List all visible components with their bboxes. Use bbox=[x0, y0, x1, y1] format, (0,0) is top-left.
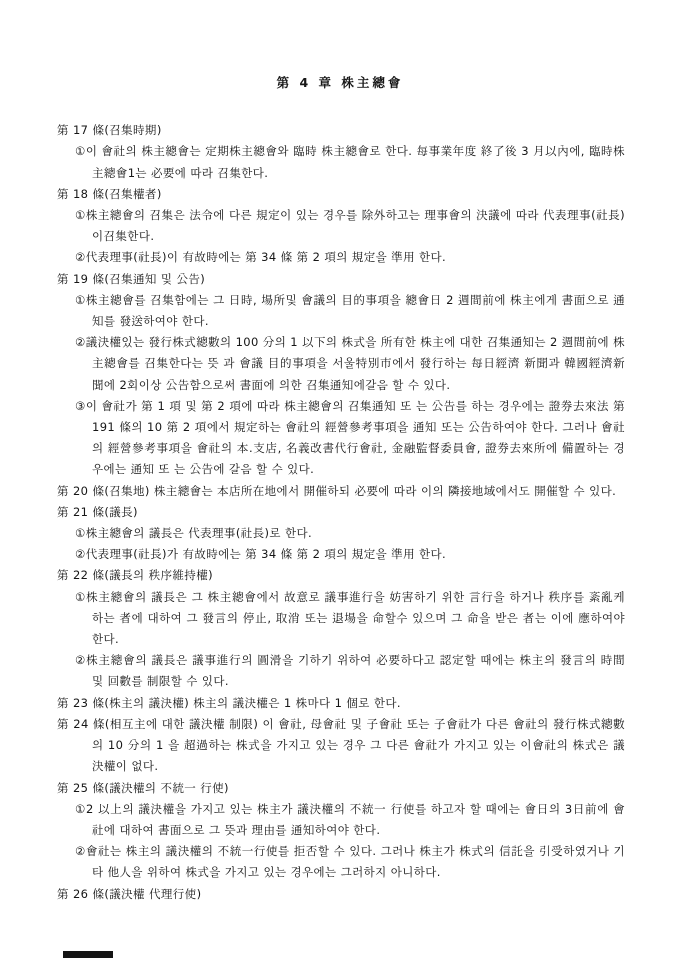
document-page: 第 4 章 株主總會 第 17 條(召集時期)①이 會社의 株主總會는 定期株主… bbox=[0, 0, 680, 962]
article-paragraph: ②代表理事(社長)이 有故時에는 第 34 條 第 2 項의 規定을 準用 한다… bbox=[57, 247, 625, 268]
articles-container: 第 17 條(召集時期)①이 會社의 株主總會는 定期株主總會와 臨時 株主總會… bbox=[57, 120, 625, 905]
article-heading-line: 第 26 條(議決權 代理行使) bbox=[57, 884, 625, 905]
article-heading: 第 22 條(議長의 秩序維持權) bbox=[57, 568, 213, 582]
article-inline-body: 株主의 議決權은 1 株마다 1 個로 한다. bbox=[193, 696, 401, 710]
article: 第 17 條(召集時期)①이 會社의 株主總會는 定期株主總會와 臨時 株主總會… bbox=[57, 120, 625, 184]
article: 第 25 條(議決權의 不統一 行使)①2 以上의 議決權을 가지고 있는 株主… bbox=[57, 778, 625, 884]
article-heading-line: 第 23 條(株主의 議決權) 株主의 議決權은 1 株마다 1 個로 한다. bbox=[57, 693, 625, 714]
article: 第 23 條(株主의 議決權) 株主의 議決權은 1 株마다 1 個로 한다. bbox=[57, 693, 625, 714]
article-paragraph: ②議決權있는 發行株式總數의 100 分의 1 以下의 株式을 所有한 株主에 … bbox=[57, 332, 625, 396]
article: 第 20 條(召集地) 株主總會는 本店所在地에서 開催하되 必要에 따라 이의… bbox=[57, 481, 625, 502]
article-paragraph: ③이 會社가 第 1 項 및 第 2 項에 따라 株主總會의 召集通知 또 는 … bbox=[57, 396, 625, 481]
article-heading-line: 第 25 條(議決權의 不統一 行使) bbox=[57, 778, 625, 799]
article-heading-line: 第 20 條(召集地) 株主總會는 本店所在地에서 開催하되 必要에 따라 이의… bbox=[57, 481, 625, 502]
article-heading: 第 23 條(株主의 議決權) bbox=[57, 696, 189, 710]
article-heading: 第 19 條(召集通知 및 公告) bbox=[57, 272, 205, 286]
article-heading-line: 第 22 條(議長의 秩序維持權) bbox=[57, 565, 625, 586]
article-inline-body: 株主總會는 本店所在地에서 開催하되 必要에 따라 이의 隣接地域에서도 開催할… bbox=[154, 484, 616, 498]
article-heading: 第 24 條(相互主에 대한 議決權 制限) bbox=[57, 717, 258, 731]
article-heading: 第 18 條(召集權者) bbox=[57, 187, 162, 201]
article-paragraph: ①株主總會의 召集은 法令에 다른 規定이 있는 경우를 除外하고는 理事會의 … bbox=[57, 205, 625, 247]
scan-artifact-mark bbox=[63, 951, 113, 958]
article-paragraph: ②株主總會의 議長은 議事進行의 圓滑을 기하기 위하여 必要하다고 認定할 때… bbox=[57, 650, 625, 692]
article: 第 18 條(召集權者)①株主總會의 召集은 法令에 다른 規定이 있는 경우를… bbox=[57, 184, 625, 269]
article-heading: 第 25 條(議決權의 不統一 行使) bbox=[57, 781, 229, 795]
article-heading-line: 第 21 條(議長) bbox=[57, 502, 625, 523]
article: 第 22 條(議長의 秩序維持權)①株主總會의 議長은 그 株主總會에서 故意로… bbox=[57, 565, 625, 692]
article-heading-line: 第 19 條(召集通知 및 公告) bbox=[57, 269, 625, 290]
article: 第 26 條(議決權 代理行使) bbox=[57, 884, 625, 905]
article-heading: 第 17 條(召集時期) bbox=[57, 123, 162, 137]
article-paragraph: ①2 以上의 議決權을 가지고 있는 株主가 議決權의 不統一 行使를 하고자 … bbox=[57, 799, 625, 841]
article-heading-line: 第 18 條(召集權者) bbox=[57, 184, 625, 205]
article-heading: 第 20 條(召集地) bbox=[57, 484, 150, 498]
chapter-title: 第 4 章 株主總會 bbox=[0, 0, 680, 93]
article-heading: 第 21 條(議長) bbox=[57, 505, 138, 519]
article-heading-line: 第 17 條(召集時期) bbox=[57, 120, 625, 141]
article: 第 19 條(召集通知 및 公告)①株主總會를 召集함에는 그 日時, 場所및 … bbox=[57, 269, 625, 481]
article-paragraph: ①이 會社의 株主總會는 定期株主總會와 臨時 株主總會로 한다. 每事業年度 … bbox=[57, 141, 625, 183]
article-paragraph: ①株主總會를 召集함에는 그 日時, 場所및 會議의 目的事項을 總會日 2 週… bbox=[57, 290, 625, 332]
article: 第 21 條(議長)①株主總會의 議長은 代表理事(社長)로 한다.②代表理事(… bbox=[57, 502, 625, 566]
article-paragraph: ②代表理事(社長)가 有故時에는 第 34 條 第 2 項의 規定을 準用 한다… bbox=[57, 544, 625, 565]
article-heading: 第 26 條(議決權 代理行使) bbox=[57, 887, 201, 901]
article: 第 24 條(相互主에 대한 議決權 制限) 이 會社, 母會社 및 子會社 또… bbox=[57, 714, 625, 778]
article-paragraph: ①株主總會의 議長은 代表理事(社長)로 한다. bbox=[57, 523, 625, 544]
article-paragraph: ②會社는 株主의 議決權의 不統一行使를 拒否할 수 있다. 그러나 株主가 株… bbox=[57, 841, 625, 883]
article-heading-line: 第 24 條(相互主에 대한 議決權 制限) 이 會社, 母會社 및 子會社 또… bbox=[57, 714, 625, 778]
article-paragraph: ①株主總會의 議長은 그 株主總會에서 故意로 議事進行을 妨害하기 위한 言行… bbox=[57, 587, 625, 651]
